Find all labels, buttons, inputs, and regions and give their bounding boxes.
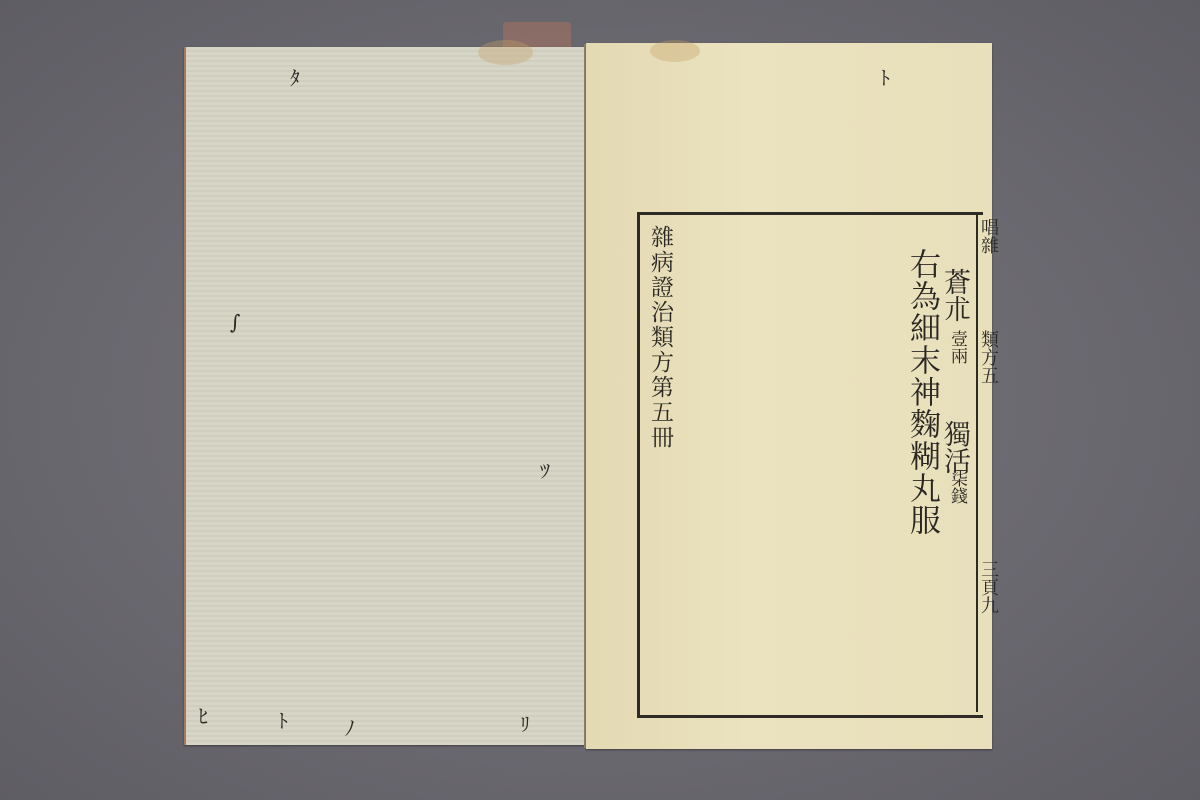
marginal-mark: ﾂ bbox=[540, 455, 550, 484]
marginal-mark: ﾄ bbox=[880, 62, 890, 91]
stain bbox=[650, 40, 700, 62]
marginal-mark: ﾄ bbox=[278, 705, 288, 734]
marginal-mark: ﾀ bbox=[290, 62, 300, 91]
marginal-mark: ﾋ bbox=[198, 700, 208, 729]
margin-label: 唱雜 bbox=[975, 218, 1001, 254]
margin-label: 類方五 bbox=[975, 330, 1001, 384]
page-number: 三頁九 bbox=[975, 560, 1001, 614]
volume-title: 雜病證治類方第五冊 bbox=[644, 225, 677, 450]
herb-amount: 柒錢 bbox=[945, 470, 970, 504]
left-page bbox=[184, 47, 588, 745]
marginal-mark: ∫ bbox=[230, 310, 240, 334]
preparation-instruction: 右為細末神麴糊丸服 bbox=[900, 248, 945, 536]
marginal-mark: ﾉ bbox=[345, 712, 355, 741]
marginal-mark: ﾘ bbox=[520, 708, 530, 737]
stain bbox=[478, 40, 533, 65]
print-frame-right-rule bbox=[976, 212, 978, 712]
herb-amount: 壹兩 bbox=[945, 330, 970, 364]
